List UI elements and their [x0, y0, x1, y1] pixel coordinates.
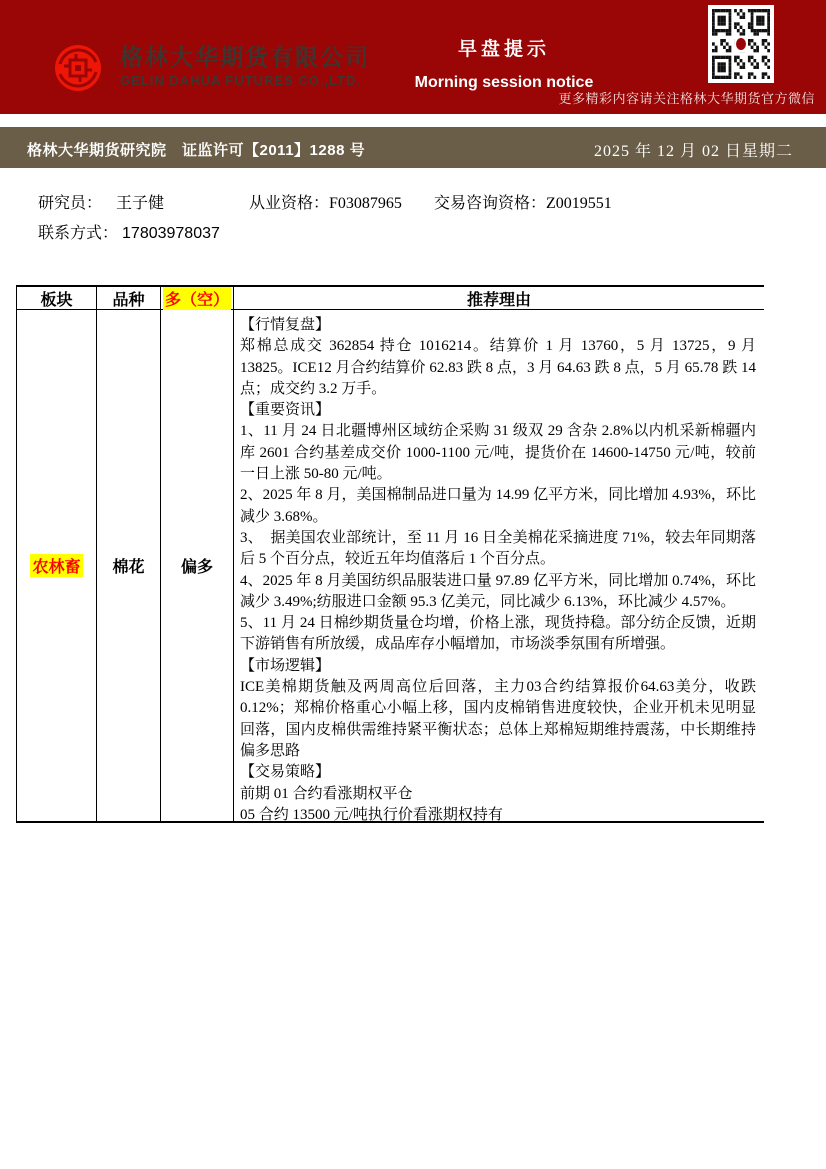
table-row: 农林畜 棉花 偏多 【行情复盘】郑棉总成交 362854 持仓 1016214。… [17, 310, 764, 823]
contact-number: 17803978037 [122, 225, 220, 242]
reason-text: 3、 据美国农业部统计，至 11 月 16 日全美棉花采摘进度 71%，较去年同… [240, 528, 756, 571]
header-bias-highlight: 多（空） [163, 287, 231, 310]
header-reason: 推荐理由 [234, 287, 764, 309]
company-name-cn: 格林大华期货有限公司 [120, 44, 370, 70]
institute-license-text: 格林大华期货研究院 证监许可【2011】1288 号 [27, 139, 365, 160]
contact-label: 联系方式： [38, 225, 118, 242]
info-bar: 格林大华期货研究院 证监许可【2011】1288 号 2025 年 12 月 0… [0, 127, 826, 168]
sector-highlight: 农林畜 [30, 554, 82, 577]
header-sector: 板块 [17, 287, 97, 309]
reason-text: 1、11 月 24 日北疆博州区域纺企采购 31 级双 29 含杂 2.8%以内… [240, 421, 756, 485]
table-header-row: 板块 品种 多（空） 推荐理由 [17, 285, 764, 310]
reason-text: 前期 01 合约看涨期权平仓 [240, 784, 756, 805]
qr-caption: 更多精彩内容请关注格林大华期货官方微信 [558, 88, 815, 107]
researcher-block: 研究员：王子健 从业资格：F03087965 交易咨询资格：Z0019551 联… [38, 190, 220, 250]
sector-cell: 农林畜 [17, 310, 97, 821]
company-emblem-icon [54, 44, 102, 92]
reasons-cell: 【行情复盘】郑棉总成交 362854 持仓 1016214。结算价 1 月 13… [234, 310, 764, 821]
qualification-number: F03087965 [329, 195, 402, 212]
researcher-label: 研究员： [38, 195, 102, 212]
reason-text: 郑棉总成交 362854 持仓 1016214。结算价 1 月 13760，5 … [240, 336, 756, 400]
advisory-label: 交易咨询资格： [434, 195, 546, 212]
company-name-en: GELIN DAHUA FUTURES CO.,LTD. [120, 73, 370, 89]
qr-code-icon [708, 5, 774, 83]
reason-section-heading: 【重要资讯】 [240, 400, 756, 421]
morning-report-page: 格林大华期货有限公司 GELIN DAHUA FUTURES CO.,LTD. … [0, 0, 826, 1169]
variety-cell: 棉花 [97, 310, 161, 821]
report-title-block: 早盘提示 Morning session notice [374, 34, 634, 92]
recommendation-table: 板块 品种 多（空） 推荐理由 农林畜 棉花 偏多 【行情复盘】郑棉总成交 36… [16, 285, 764, 823]
researcher-line-2: 联系方式：17803978037 [38, 220, 220, 250]
qualification-label: 从业资格： [249, 195, 329, 212]
report-date: 2025 年 12 月 02 日星期二 [594, 138, 793, 161]
reason-text: 5、11 月 24 日棉纱期货量仓均增，价格上涨，现货持稳。部分纺企反馈，近期下… [240, 613, 756, 656]
reason-text: 2、2025 年 8 月，美国棉制品进口量为 14.99 亿平方米，同比增加 4… [240, 485, 756, 528]
company-name-block: 格林大华期货有限公司 GELIN DAHUA FUTURES CO.,LTD. [120, 44, 370, 89]
header-banner: 格林大华期货有限公司 GELIN DAHUA FUTURES CO.,LTD. … [0, 0, 826, 114]
qualification-segment: 从业资格：F03087965 [249, 190, 402, 213]
report-title-cn: 早盘提示 [374, 34, 634, 61]
reason-section-heading: 【行情复盘】 [240, 315, 756, 336]
header-variety: 品种 [97, 287, 161, 309]
researcher-line-1: 研究员：王子健 从业资格：F03087965 交易咨询资格：Z0019551 [38, 190, 220, 220]
bias-cell: 偏多 [161, 310, 234, 821]
reason-text: 4、2025 年 8 月美国纺织品服装进口量 97.89 亿平方米，同比增加 0… [240, 571, 756, 614]
researcher-name: 王子健 [116, 195, 164, 212]
reason-section-heading: 【市场逻辑】 [240, 656, 756, 677]
reason-text: 05 合约 13500 元/吨执行价看涨期权持有 [240, 805, 756, 826]
advisory-number: Z0019551 [546, 195, 612, 212]
advisory-segment: 交易咨询资格：Z0019551 [434, 190, 612, 213]
header-bias: 多（空） [161, 287, 234, 309]
reason-text: ICE美棉期货触及两周高位后回落，主力03合约结算报价64.63美分，收跌0.1… [240, 677, 756, 762]
qr-code-pattern [712, 9, 770, 79]
reason-section-heading: 【交易策略】 [240, 762, 756, 783]
